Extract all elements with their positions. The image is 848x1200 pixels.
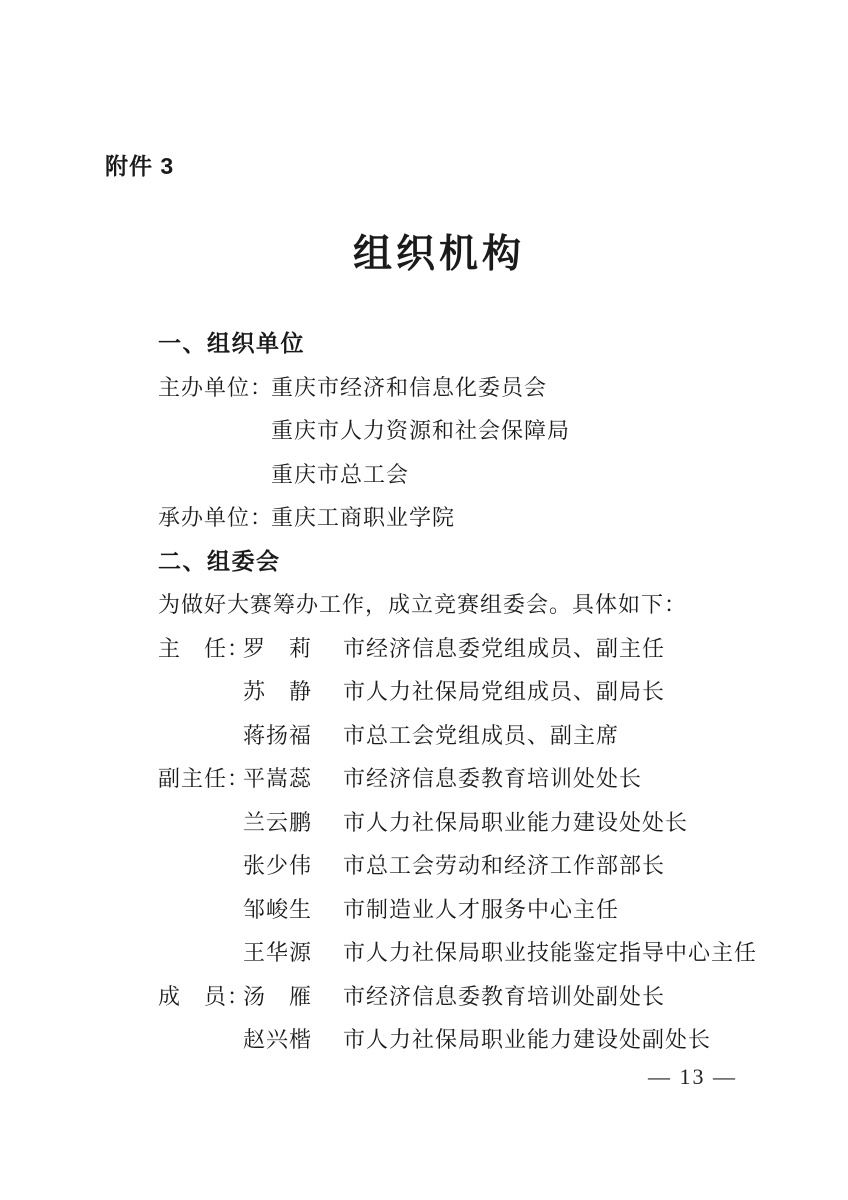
host-units-label: 主办单位： xyxy=(158,366,271,497)
committee-role: 成 员： xyxy=(158,975,243,1019)
committee-member-title: 市人力社保局职业能力建设处处长 xyxy=(343,801,798,845)
committee-member-title: 市经济信息委教育培训处处长 xyxy=(343,757,798,801)
host-units-list: 重庆市经济和信息化委员会 重庆市人力资源和社会保障局 重庆市总工会 xyxy=(271,366,798,497)
committee-member-name: 罗 莉 xyxy=(243,627,343,671)
committee-role: 主 任： xyxy=(158,627,243,671)
committee-row: 主 任： 罗 莉 市经济信息委党组成员、副主任 xyxy=(158,627,798,671)
section-heading-committee: 二、组委会 xyxy=(158,540,798,584)
committee-role xyxy=(158,931,243,975)
attachment-label: 附件 3 xyxy=(105,153,174,181)
committee-intro: 为做好大赛筹办工作，成立竞赛组委会。具体如下： xyxy=(158,583,798,627)
host-unit: 重庆市人力资源和社会保障局 xyxy=(271,409,798,453)
committee-member-name: 邹峻生 xyxy=(243,888,343,932)
page-number: — 13 — xyxy=(648,1062,737,1092)
committee-role xyxy=(158,714,243,758)
committee-role xyxy=(158,670,243,714)
committee-member-name: 平嵩蕊 xyxy=(243,757,343,801)
committee-role xyxy=(158,801,243,845)
committee-member-title: 市总工会劳动和经济工作部部长 xyxy=(343,844,798,888)
section-heading-organizing-units: 一、组织单位 xyxy=(158,322,798,366)
committee-member-title: 市经济信息委党组成员、副主任 xyxy=(343,627,798,671)
committee-member-title: 市人力社保局职业技能鉴定指导中心主任 xyxy=(343,931,798,975)
committee-member-name: 蒋扬福 xyxy=(243,714,343,758)
undertaker-unit: 重庆工商职业学院 xyxy=(271,496,798,540)
committee-member-name: 张少伟 xyxy=(243,844,343,888)
host-unit: 重庆市总工会 xyxy=(271,453,798,497)
committee-member-title: 市人力社保局党组成员、副局长 xyxy=(343,670,798,714)
committee-member-title: 市制造业人才服务中心主任 xyxy=(343,888,798,932)
committee-member-title: 市总工会党组成员、副主席 xyxy=(343,714,798,758)
committee-member-title: 市人力社保局职业能力建设处副处长 xyxy=(343,1018,798,1062)
committee-row: 王华源 市人力社保局职业技能鉴定指导中心主任 xyxy=(158,931,798,975)
committee-row: 蒋扬福 市总工会党组成员、副主席 xyxy=(158,714,798,758)
committee-member-name: 苏 静 xyxy=(243,670,343,714)
committee-row: 张少伟 市总工会劳动和经济工作部部长 xyxy=(158,844,798,888)
committee-row: 邹峻生 市制造业人才服务中心主任 xyxy=(158,888,798,932)
committee-role: 副主任： xyxy=(158,757,243,801)
committee-member-name: 汤 雁 xyxy=(243,975,343,1019)
committee-role xyxy=(158,1018,243,1062)
committee-member-title: 市经济信息委教育培训处副处长 xyxy=(343,975,798,1019)
host-unit: 重庆市经济和信息化委员会 xyxy=(271,366,798,410)
document-page: 附件 3 组织机构 一、组织单位 主办单位： 重庆市经济和信息化委员会 重庆市人… xyxy=(0,0,848,1200)
committee-row: 兰云鹏 市人力社保局职业能力建设处处长 xyxy=(158,801,798,845)
committee-row: 副主任： 平嵩蕊 市经济信息委教育培训处处长 xyxy=(158,757,798,801)
host-units-block: 主办单位： 重庆市经济和信息化委员会 重庆市人力资源和社会保障局 重庆市总工会 xyxy=(158,366,798,497)
committee-list: 主 任： 罗 莉 市经济信息委党组成员、副主任 苏 静 市人力社保局党组成员、副… xyxy=(158,627,798,1062)
committee-role xyxy=(158,888,243,932)
document-body: 一、组织单位 主办单位： 重庆市经济和信息化委员会 重庆市人力资源和社会保障局 … xyxy=(158,322,798,1062)
committee-role xyxy=(158,844,243,888)
committee-member-name: 兰云鹏 xyxy=(243,801,343,845)
committee-row: 苏 静 市人力社保局党组成员、副局长 xyxy=(158,670,798,714)
committee-row: 成 员： 汤 雁 市经济信息委教育培训处副处长 xyxy=(158,975,798,1019)
committee-member-name: 王华源 xyxy=(243,931,343,975)
committee-member-name: 赵兴楷 xyxy=(243,1018,343,1062)
undertaker-label: 承办单位： xyxy=(158,496,271,540)
undertaker-block: 承办单位： 重庆工商职业学院 xyxy=(158,496,798,540)
committee-row: 赵兴楷 市人力社保局职业能力建设处副处长 xyxy=(158,1018,798,1062)
page-title: 组织机构 xyxy=(0,234,848,277)
